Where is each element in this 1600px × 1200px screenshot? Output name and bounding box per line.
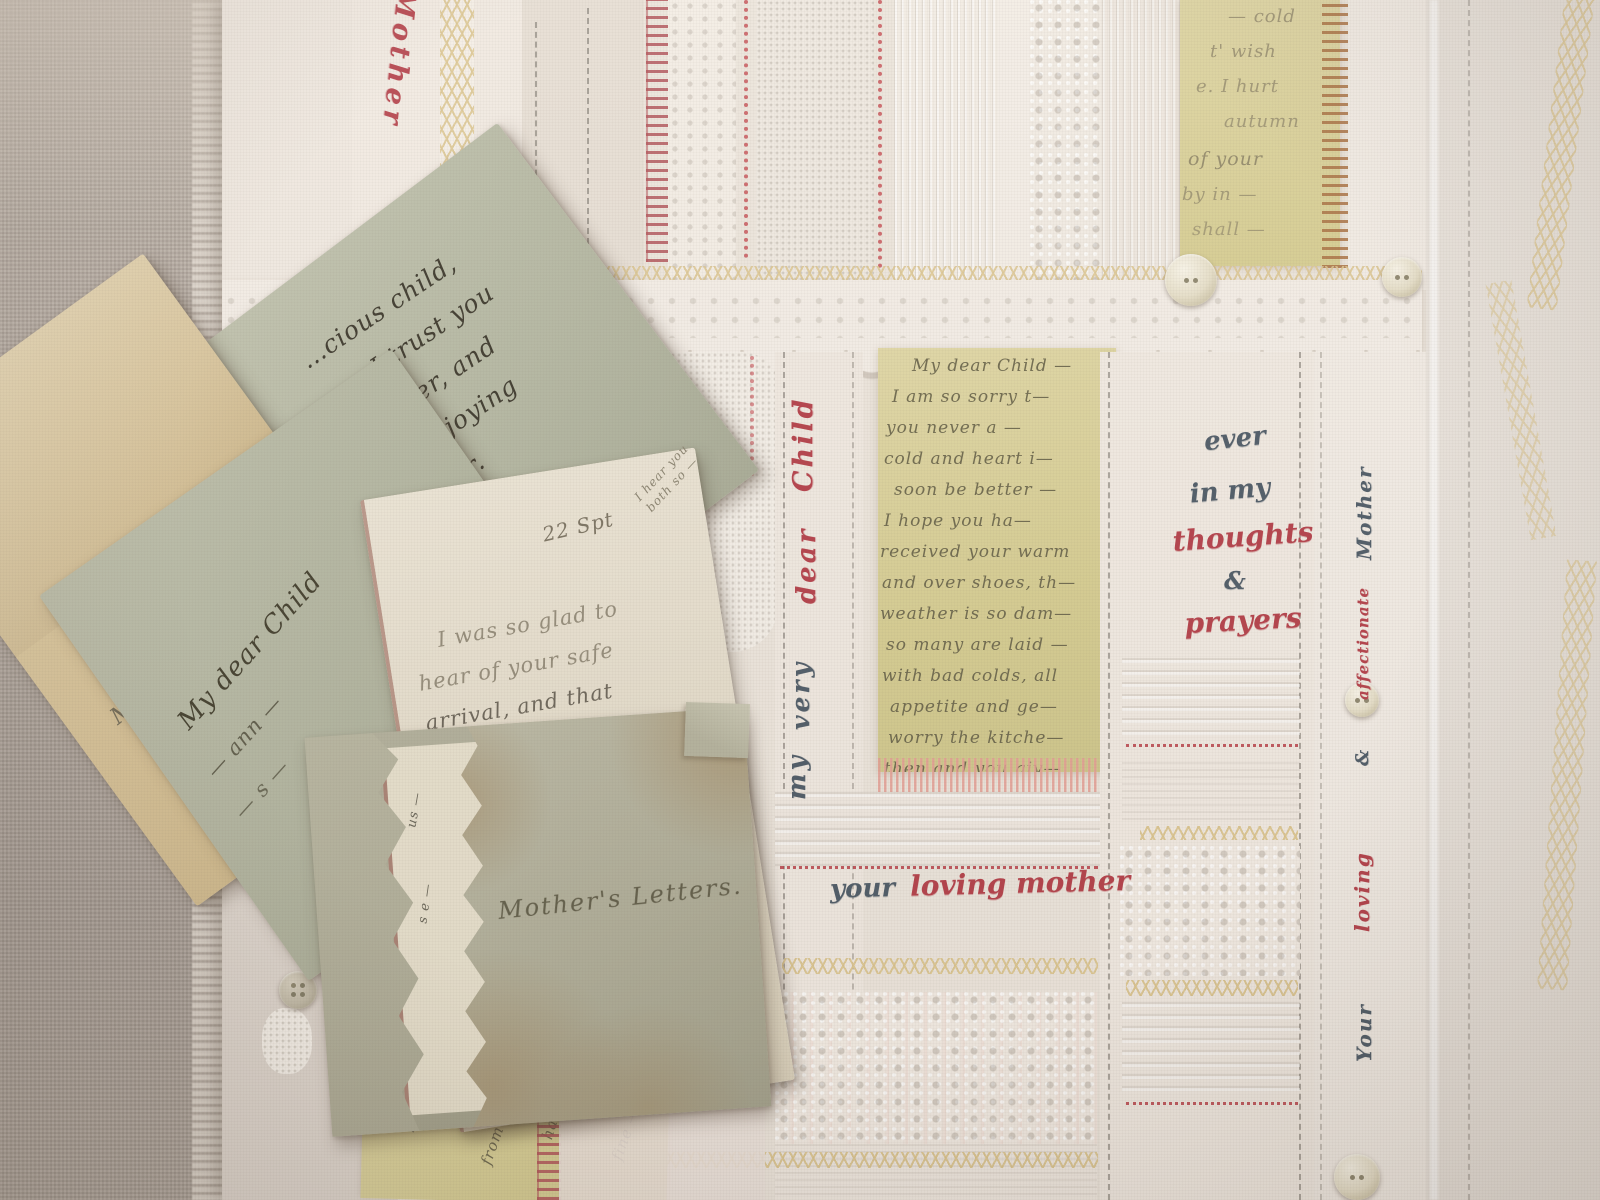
photo-vintage-letters-on-embroidered-textile: — cold t' wish e. I hurt autumn of your …: [0, 0, 1600, 1200]
photo-vignette-overlay: [0, 0, 1600, 1200]
